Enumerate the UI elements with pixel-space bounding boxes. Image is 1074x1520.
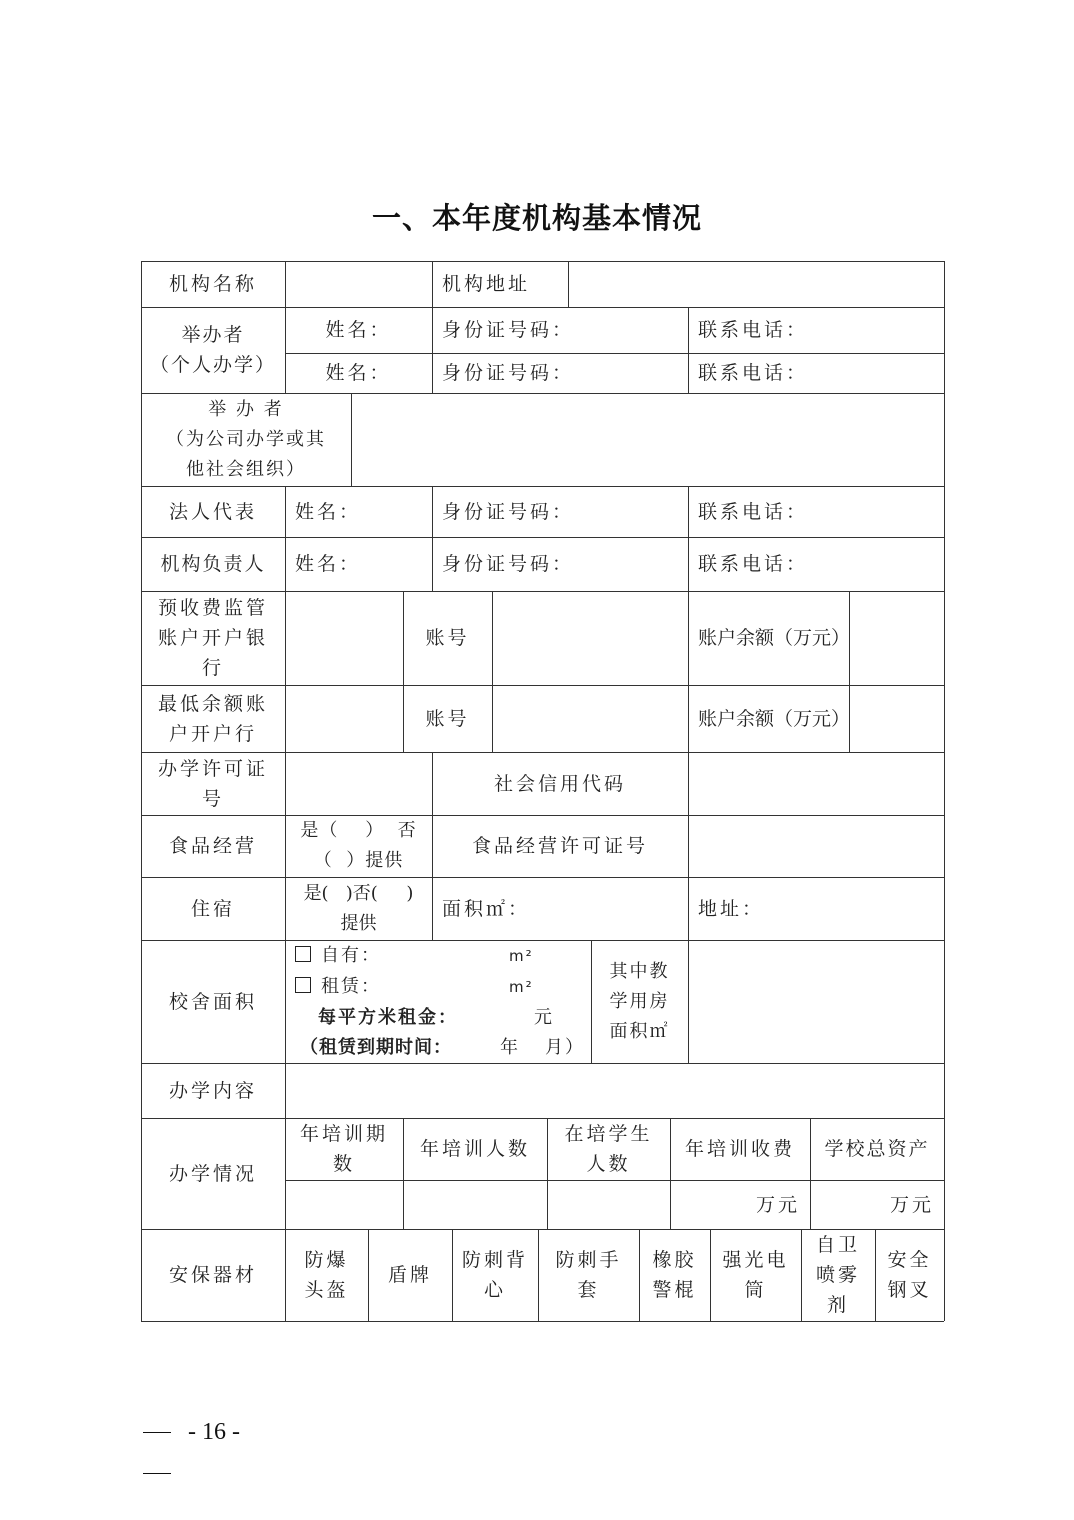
label-line: 举 办 者	[166, 395, 326, 425]
owned-checkbox[interactable]	[295, 946, 311, 962]
content-label: 办学内容	[141, 1063, 285, 1118]
prepay-balance-field[interactable]	[849, 591, 944, 685]
content-field[interactable]	[285, 1063, 944, 1118]
legal-rep-phone-field[interactable]: 联系电话：	[688, 486, 944, 537]
sponsor-org-label: 举 办 者（为公司办学或其他社会组织）	[141, 393, 351, 486]
item-line: 安全	[887, 1245, 931, 1275]
food-label: 食品经营	[141, 815, 285, 877]
food-option-field[interactable]: 是（ ） 否（ ）提供	[285, 815, 432, 877]
option-line: （ ）提供	[300, 846, 416, 876]
item-line: 套	[555, 1275, 621, 1305]
security-item-pepper-spray[interactable]: 自卫喷雾剂	[801, 1229, 875, 1321]
header-line: 年培训期	[300, 1119, 388, 1149]
label-line: 面积㎡	[610, 1017, 670, 1047]
rented-checkbox[interactable]	[295, 977, 311, 993]
lodging-area-field[interactable]: 面积㎡：	[432, 877, 688, 940]
header-line: 在培学生	[564, 1119, 652, 1149]
lease-year: 年	[500, 1033, 520, 1063]
label-line: 户开户行	[158, 719, 268, 749]
principal-phone-field[interactable]: 联系电话：	[688, 537, 944, 591]
item-line: 心	[462, 1275, 528, 1305]
min-balance-bank-field[interactable]	[285, 685, 403, 752]
label-line: 预收费监管	[158, 593, 268, 623]
item-line: 橡胶	[652, 1245, 696, 1275]
label-line: 他社会组织）	[166, 455, 326, 485]
security-item-stab-vest[interactable]: 防刺背心	[452, 1229, 538, 1321]
food-permit-field[interactable]	[688, 815, 944, 877]
item-line: 强光电	[722, 1245, 788, 1275]
security-item-baton[interactable]: 橡胶警棍	[639, 1229, 710, 1321]
org-name-field[interactable]	[285, 261, 432, 307]
item-line: 剂	[816, 1290, 860, 1320]
trainees-field[interactable]	[403, 1180, 547, 1229]
principal-name-field[interactable]: 姓名：	[285, 537, 432, 591]
header-current-students: 在培学生人数	[547, 1118, 670, 1180]
label-line: 行	[158, 653, 268, 683]
security-item-shield[interactable]: 盾牌	[368, 1229, 452, 1321]
rent-unit: 元	[534, 1003, 554, 1033]
teaching-area-label: 其中教学用房面积㎡	[591, 940, 688, 1063]
operations-label: 办学情况	[141, 1118, 285, 1229]
min-balance-account-label: 最低余额账户开户行	[141, 685, 285, 752]
header-line: 人数	[564, 1149, 652, 1179]
option-line: 提供	[304, 909, 414, 939]
total-assets-field[interactable]: 万元	[810, 1180, 944, 1229]
principal-id-field[interactable]: 身份证号码：	[432, 537, 688, 591]
item-line: 自卫	[816, 1230, 860, 1260]
unit-label: 万元	[890, 1190, 934, 1220]
sponsor-1-name-field[interactable]: 姓名：	[285, 307, 432, 353]
label-line: （为公司办学或其	[166, 425, 326, 455]
security-item-flashlight[interactable]: 强光电筒	[710, 1229, 801, 1321]
lodging-address-field[interactable]: 地址：	[688, 877, 944, 940]
item-line: 防刺背	[462, 1245, 528, 1275]
campus-area-label: 校舍面积	[141, 940, 285, 1063]
legal-rep-label: 法人代表	[141, 486, 285, 537]
header-trainees: 年培训人数	[403, 1118, 547, 1180]
security-item-restraint-fork[interactable]: 安全钢叉	[875, 1229, 944, 1321]
sponsor-2-name-field[interactable]: 姓名：	[285, 353, 432, 393]
header-training-fees: 年培训收费	[670, 1118, 810, 1180]
page-number: - 16 -	[188, 1419, 240, 1446]
sponsor-1-id-field[interactable]: 身份证号码：	[432, 307, 688, 353]
teaching-area-field[interactable]	[688, 940, 944, 1063]
prepay-balance-label: 账户余额（万元）	[688, 591, 849, 685]
item-line: 喷雾	[816, 1260, 860, 1290]
item-line: 警棍	[652, 1275, 696, 1305]
rented-unit: m²	[509, 972, 534, 1002]
sponsor-2-id-field[interactable]: 身份证号码：	[432, 353, 688, 393]
min-balance-account-number-field[interactable]	[492, 685, 688, 752]
legal-rep-id-field[interactable]: 身份证号码：	[432, 486, 688, 537]
sponsor-individual-label: 举办者（个人办学）	[141, 307, 285, 393]
training-fees-field[interactable]: 万元	[670, 1180, 810, 1229]
footer-dash	[143, 1432, 171, 1433]
page-title: 一、本年度机构基本情况	[0, 196, 1074, 237]
license-label: 办学许可证号	[141, 752, 285, 815]
security-label: 安保器材	[141, 1229, 285, 1321]
option-line: 是( )否( )	[304, 879, 414, 909]
label-line: 号	[158, 784, 268, 814]
lease-expiry-label: （租赁到期时间：	[300, 1033, 452, 1063]
label-line: （个人办学）	[150, 350, 276, 380]
min-balance-account-number-label: 账号	[403, 685, 492, 752]
label-line: 其中教	[610, 957, 670, 987]
prepay-account-number-label: 账号	[403, 591, 492, 685]
header-total-assets: 学校总资产	[810, 1118, 944, 1180]
footer-dash	[143, 1473, 171, 1474]
option-line: 是（ ） 否	[300, 816, 416, 846]
item-line: 盾牌	[388, 1260, 432, 1290]
credit-code-field[interactable]	[688, 752, 944, 815]
rent-per-sqm-label: 每平方米租金：	[318, 1003, 458, 1033]
principal-label: 机构负责人	[141, 537, 285, 591]
header-line: 数	[300, 1149, 388, 1179]
sponsor-1-phone-field[interactable]: 联系电话：	[688, 307, 944, 353]
min-balance-balance-label: 账户余额（万元）	[688, 685, 849, 752]
label-line: 办学许可证	[158, 754, 268, 784]
label-line: 学用房	[610, 987, 670, 1017]
owned-option[interactable]: 自有：	[295, 941, 381, 971]
unit-label: 万元	[756, 1190, 800, 1220]
prepay-account-label: 预收费监管账户开户银行	[141, 591, 285, 685]
legal-rep-name-field[interactable]: 姓名：	[285, 486, 432, 537]
prepay-account-number-field[interactable]	[492, 591, 688, 685]
current-students-field[interactable]	[547, 1180, 670, 1229]
rented-option[interactable]: 租赁：	[295, 972, 381, 1002]
min-balance-balance-field[interactable]	[849, 685, 944, 752]
license-number-field[interactable]	[285, 752, 432, 815]
item-line: 防刺手	[555, 1245, 621, 1275]
item-line: 钢叉	[887, 1275, 931, 1305]
org-name-label: 机构名称	[141, 261, 285, 307]
header-training-sessions: 年培训期数	[285, 1118, 403, 1180]
label-line: 最低余额账	[158, 689, 268, 719]
item-line: 头盔	[304, 1275, 348, 1305]
prepay-bank-field[interactable]	[285, 591, 403, 685]
lodging-label: 住宿	[141, 877, 285, 940]
org-address-field[interactable]	[568, 261, 944, 307]
owned-unit: m²	[509, 941, 534, 971]
food-permit-label: 食品经营许可证号	[432, 815, 688, 877]
org-address-label: 机构地址	[432, 261, 568, 307]
lease-month: 月）	[545, 1033, 585, 1063]
label-line: 举办者	[150, 320, 276, 350]
credit-code-label: 社会信用代码	[432, 752, 688, 815]
lodging-option-field[interactable]: 是( )否( )提供	[285, 877, 432, 940]
rented-label: 租赁：	[321, 976, 381, 997]
security-item-stab-gloves[interactable]: 防刺手套	[538, 1229, 639, 1321]
sponsor-org-field[interactable]	[351, 393, 944, 486]
item-line: 防爆	[304, 1245, 348, 1275]
label-line: 账户开户银	[158, 623, 268, 653]
owned-label: 自有：	[321, 945, 381, 966]
training-sessions-field[interactable]	[285, 1180, 403, 1229]
security-item-helmet[interactable]: 防爆头盔	[285, 1229, 368, 1321]
item-line: 筒	[722, 1275, 788, 1305]
sponsor-2-phone-field[interactable]: 联系电话：	[688, 353, 944, 393]
